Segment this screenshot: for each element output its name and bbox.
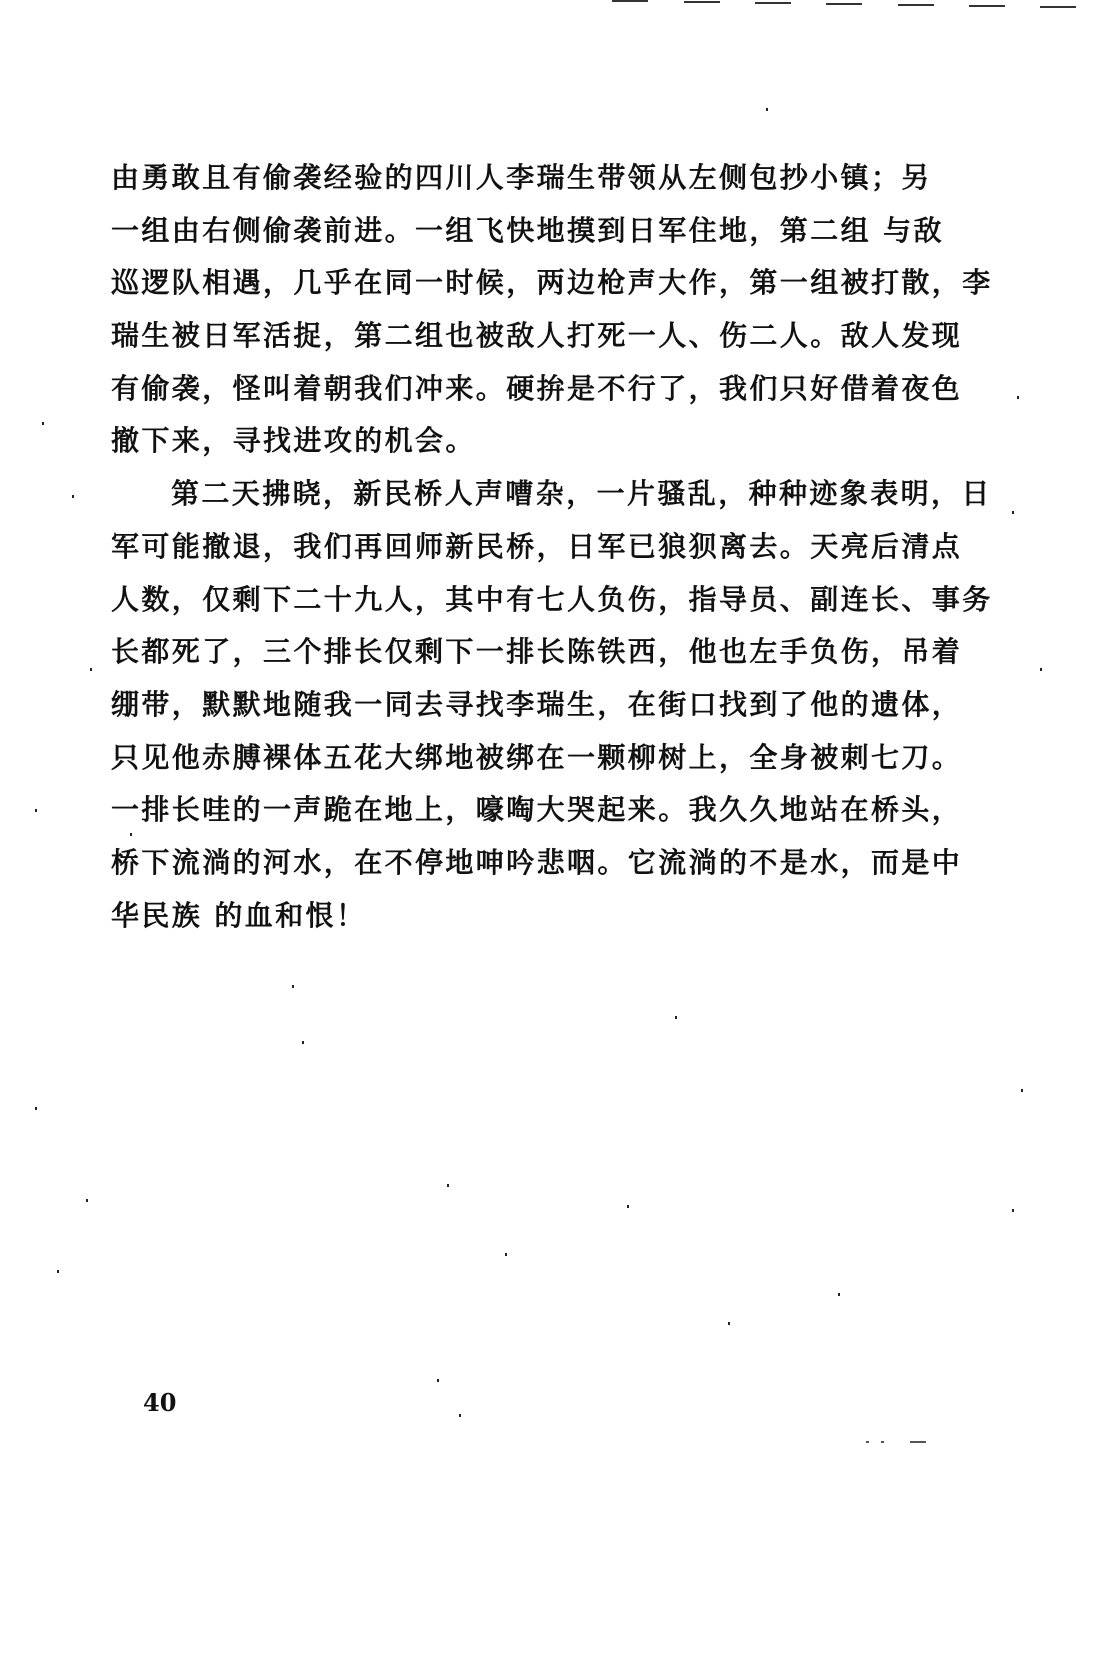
scan-mark <box>898 4 934 6</box>
scan-speck <box>728 1322 730 1325</box>
text-line: 有偷袭，怪叫着朝我们冲来。硬拚是不行了，我们只好借着夜色 <box>111 369 921 422</box>
text-line: 一排长哇的一声跪在地上，嚎啕大哭起来。我久久地站在桥头， <box>111 790 921 843</box>
text-line: 一组由右侧偷袭前进。一组飞快地摸到日军住地，第二组 与敌 <box>111 211 921 264</box>
scan-speck <box>447 1184 449 1187</box>
text-line: 华民族 的血和恨！ <box>111 896 921 949</box>
scan-speck <box>838 1293 840 1296</box>
scan-mark <box>612 0 648 2</box>
scan-speck <box>459 1414 461 1417</box>
text-line: 军可能撤退，我们再回师新民桥，日军已狼狈离去。天亮后清点 <box>111 527 921 580</box>
text-line: 瑞生被日军活捉，第二组也被敌人打死一人、伤二人。敌人发现 <box>111 316 921 369</box>
scan-mark <box>684 1 720 3</box>
scan-speck <box>35 1107 37 1110</box>
scan-speck <box>1012 511 1014 514</box>
scan-speck <box>86 1199 88 1202</box>
scan-mark <box>969 5 1005 7</box>
scan-speck <box>627 1205 629 1208</box>
scan-mark <box>866 1441 869 1443</box>
scan-speck <box>766 108 768 111</box>
scan-mark <box>910 1441 926 1443</box>
scan-mark <box>1040 6 1076 8</box>
scan-speck <box>90 668 92 671</box>
scan-speck <box>675 1016 677 1019</box>
scan-mark <box>826 3 862 5</box>
text-line: 桥下流淌的河水，在不停地呻吟悲咽。它流淌的不是水，而是中 <box>111 843 921 896</box>
text-line: 人数，仅剩下二十九人，其中有七人负伤，指导员、副连长、事务 <box>111 580 921 633</box>
scan-speck <box>302 1041 304 1044</box>
scan-speck <box>437 1379 439 1382</box>
scan-speck <box>72 495 74 498</box>
scan-speck <box>35 809 37 812</box>
page-number: 40 <box>143 1388 176 1417</box>
scan-mark <box>881 1441 884 1443</box>
text-line: 撤下来，寻找进攻的机会。 <box>111 421 921 474</box>
scan-speck <box>292 985 294 988</box>
scan-speck <box>1012 1209 1014 1212</box>
scan-speck <box>1040 668 1042 671</box>
text-line: 由勇敢且有偷袭经验的四川人李瑞生带领从左侧包抄小镇；另 <box>111 158 921 211</box>
scan-speck <box>42 422 44 425</box>
scan-speck <box>57 1270 59 1273</box>
body-text: 由勇敢且有偷袭经验的四川人李瑞生带领从左侧包抄小镇；另 一组由右侧偷袭前进。一组… <box>111 158 921 948</box>
text-line: 只见他赤膊裸体五花大绑地被绑在一颗柳树上，全身被刺七刀。 <box>111 738 921 791</box>
scan-speck <box>1021 1089 1023 1092</box>
scan-mark <box>755 2 791 4</box>
text-line: 第二天拂晓，新民桥人声嘈杂，一片骚乱，种种迹象表明，日 <box>111 474 921 527</box>
scan-speck <box>1017 396 1019 399</box>
scan-speck <box>310 919 312 922</box>
text-line: 绷带，默默地随我一同去寻找李瑞生，在街口找到了他的遗体， <box>111 685 921 738</box>
scan-speck <box>130 833 132 836</box>
scan-edge-marks <box>0 0 1109 12</box>
text-line: 巡逻队相遇，几乎在同一时候，两边枪声大作，第一组被打散，李 <box>111 263 921 316</box>
scan-speck <box>505 1253 507 1256</box>
text-line: 长都死了，三个排长仅剩下一排长陈铁西，他也左手负伤，吊着 <box>111 632 921 685</box>
